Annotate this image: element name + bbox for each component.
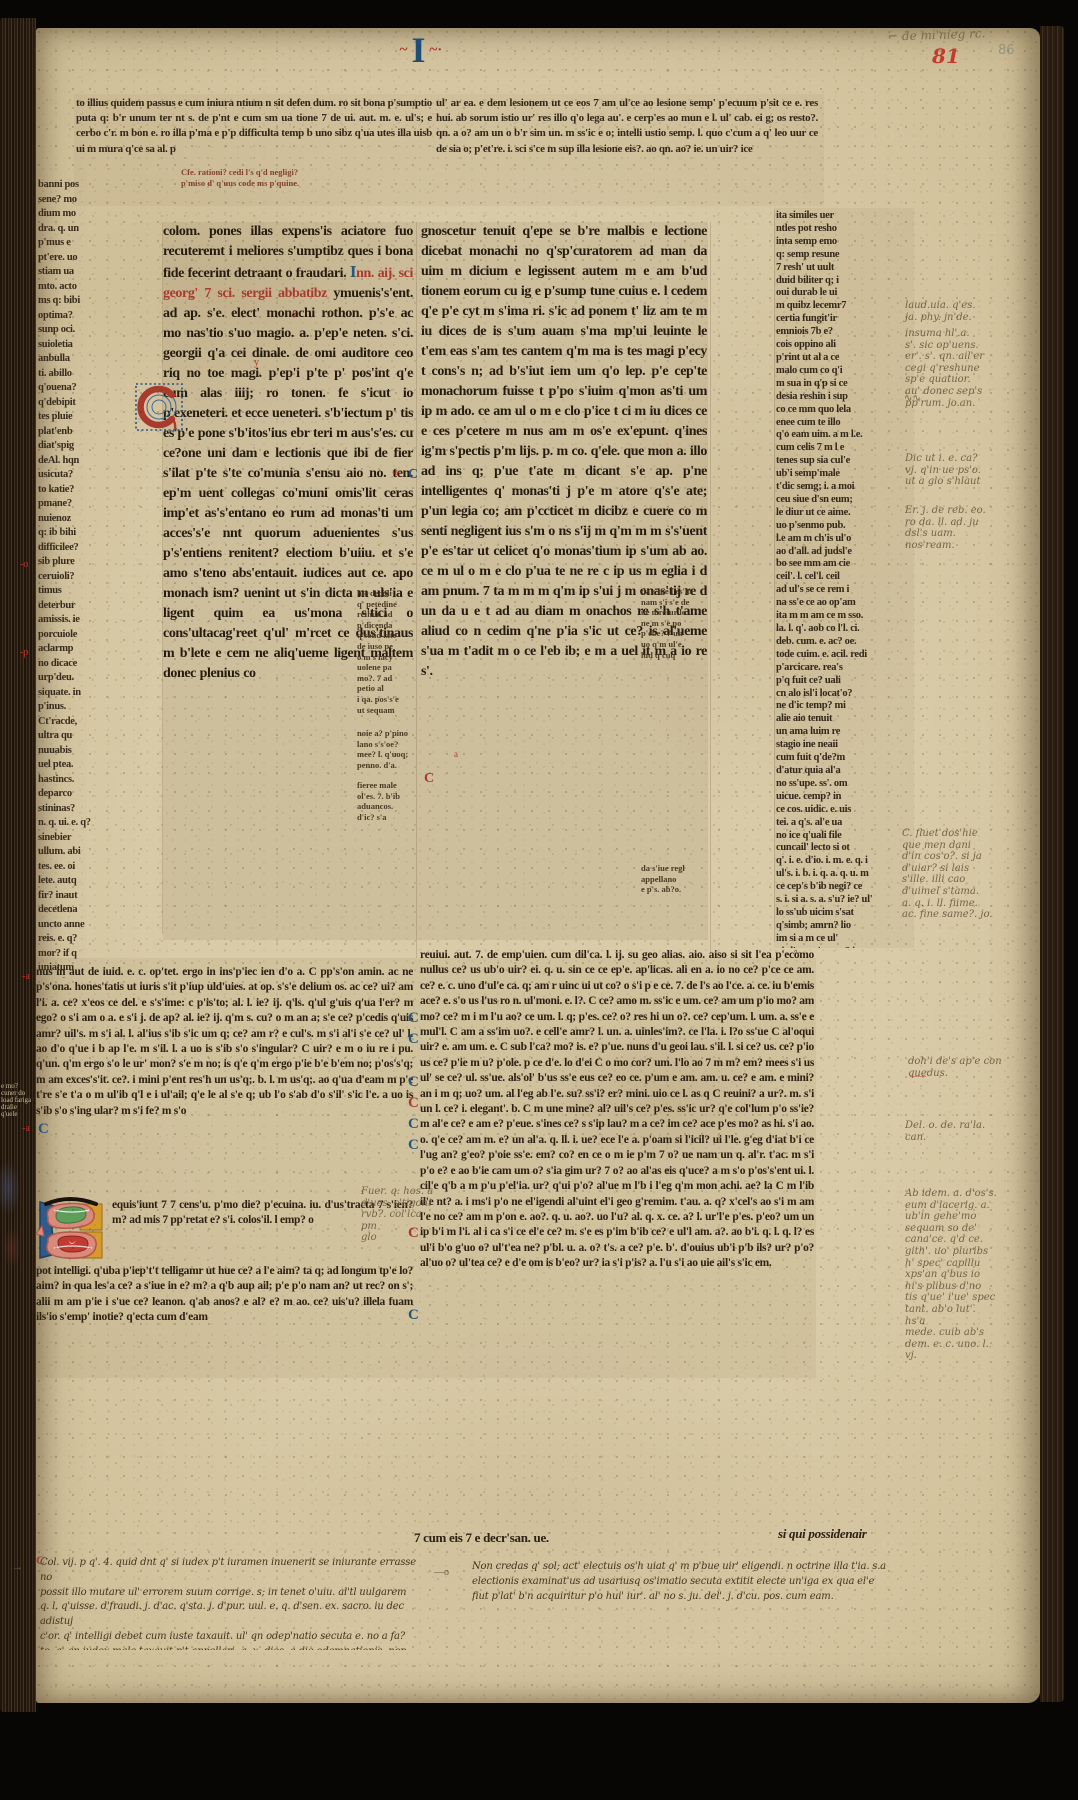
pencil-folio-number: 86 (998, 44, 1015, 57)
running-header: ~ I ~· (366, 32, 476, 68)
squiggle: ∿ (793, 948, 801, 957)
pointer-mark: —o (434, 1568, 449, 1578)
red-paraph: C (36, 1554, 45, 1566)
red-underline: ﹏﹏ (910, 1070, 926, 1078)
book-edge-left (0, 18, 36, 1712)
blue-paraph: C (408, 1011, 419, 1026)
blue-paraph: C (408, 1117, 419, 1132)
ruling-line (710, 222, 711, 958)
margin-note: Del. o. de. ra'la. can. (905, 1120, 1001, 1143)
margin-note: Dic ut i. e. ca? vj. q'in ue ps'o. ut a … (905, 453, 1001, 488)
left-gloss-column: banni pos sene? mo dium mo dra. q. un p'… (38, 178, 160, 978)
catch-line-left: 7 cum eis 7 e decr'san. ue. (414, 1531, 549, 1544)
margin-note: Fuer. q: hos. a d'ues. s'tigoni rvb?. co… (361, 1186, 441, 1244)
red-renvoi: -a (22, 972, 30, 982)
red-renvoi: -a (22, 1124, 30, 1134)
red-renvoi: -o (20, 560, 28, 570)
ruling-line (774, 210, 775, 942)
footnote-right: Non credas q' sol; act' electuis os'h ui… (472, 1560, 1034, 1610)
right-gloss-column: ita similes uer ntles pot resho inta sem… (776, 210, 908, 948)
red-renvoi: -p (20, 648, 28, 658)
blue-paraph: C (38, 1122, 49, 1137)
footnote-left: Col. vij. p q'. 4. quid dnt q' si iudex … (40, 1556, 426, 1650)
bottom-left-text: nus in aut de iuid. e. c. op'tet. ergo i… (36, 965, 413, 1197)
book-edge-right (1040, 26, 1064, 1702)
blue-paraph: C (408, 1096, 419, 1111)
spine-scribble: e mo? cuner do load fariga dralie q'uele (1, 1083, 33, 1118)
interlinear-gloss: da s'iue l'es'lo nam s'i s'e de ue mretu… (641, 586, 703, 660)
red-letter: a (454, 750, 458, 759)
blue-paraph: C (408, 1226, 419, 1241)
running-header-numeral: I (411, 30, 425, 70)
blue-paraph: C (408, 1138, 419, 1153)
red-flourish-left: ~ (400, 42, 408, 58)
top-gloss-right: ul' ar ea. e dem lesionem ut ce eos 7 am… (436, 96, 818, 204)
main-column-2: gnoscetur tenuit q'epe se b're malbis e … (421, 222, 707, 936)
red-paraph: C (424, 772, 434, 786)
rubric-caption: Cfe. rationi? cedi l's q'd negligi? p'mi… (181, 167, 351, 188)
margin-note: Er. j. de reb. eo. ro da. ll. ad. ju dsl… (905, 505, 1001, 551)
red-foliation-number: 81 (932, 46, 960, 66)
squiggle: ∿∿ (904, 394, 921, 404)
bottom-left-text-lower: pot intelligi. q'uba p'iep't't telligamr… (36, 1264, 413, 1378)
interlinear-gloss: noie a? p'pino lano s's'oe? mee? l. q'uo… (357, 728, 415, 770)
pointer-mark: → (12, 1562, 23, 1573)
corner-inscription: ⌐ de mi'nieg rc. (888, 25, 1040, 43)
interlinear-gloss: fieree male ol'es. 7. b'ib aduancos. d'i… (357, 780, 415, 822)
decorated-initial-s (34, 1196, 108, 1264)
margin-note: laud.uia. q'es. ja. phy. jn'de. (905, 300, 1001, 323)
bottom-right-text: reuiui. aut. 7. de emp'uien. cum dil'ca.… (420, 948, 814, 1362)
red-flourish-right: ~· (430, 42, 443, 58)
blue-paraph: C (408, 1075, 419, 1090)
red-renvoi: -e (392, 468, 399, 477)
blue-paraph: C (408, 468, 418, 482)
interlinear-gloss: hic decidi q' petedine rethun ad p'dicen… (357, 588, 415, 715)
margin-note: Ab idem. a. d'os's. eum d'lacerig. a. ub… (905, 1188, 999, 1362)
catchword: si qui possidenair (778, 1527, 867, 1540)
manuscript-photo: ⌐ de mi'nieg rc. 81 86 ~ I ~· to illius … (0, 0, 1078, 1800)
manuscript-page: ⌐ de mi'nieg rc. 81 86 ~ I ~· to illius … (36, 28, 1040, 1703)
red-y-mark: y (254, 358, 259, 368)
interlinear-gloss: da s'iue regl appellano e p's. ab?o. (641, 863, 703, 895)
decorated-initial-c (135, 383, 183, 431)
red-x-mark: x (292, 310, 297, 320)
blue-paraph: C (408, 1308, 419, 1323)
blue-paraph: C (408, 1032, 419, 1047)
margin-note: C. fluet dos'hie que men dani d'in cos'o… (902, 828, 1000, 921)
ruling-line (416, 222, 417, 958)
top-gloss-left: to illius quidem passus e cum iniura nti… (76, 96, 432, 172)
